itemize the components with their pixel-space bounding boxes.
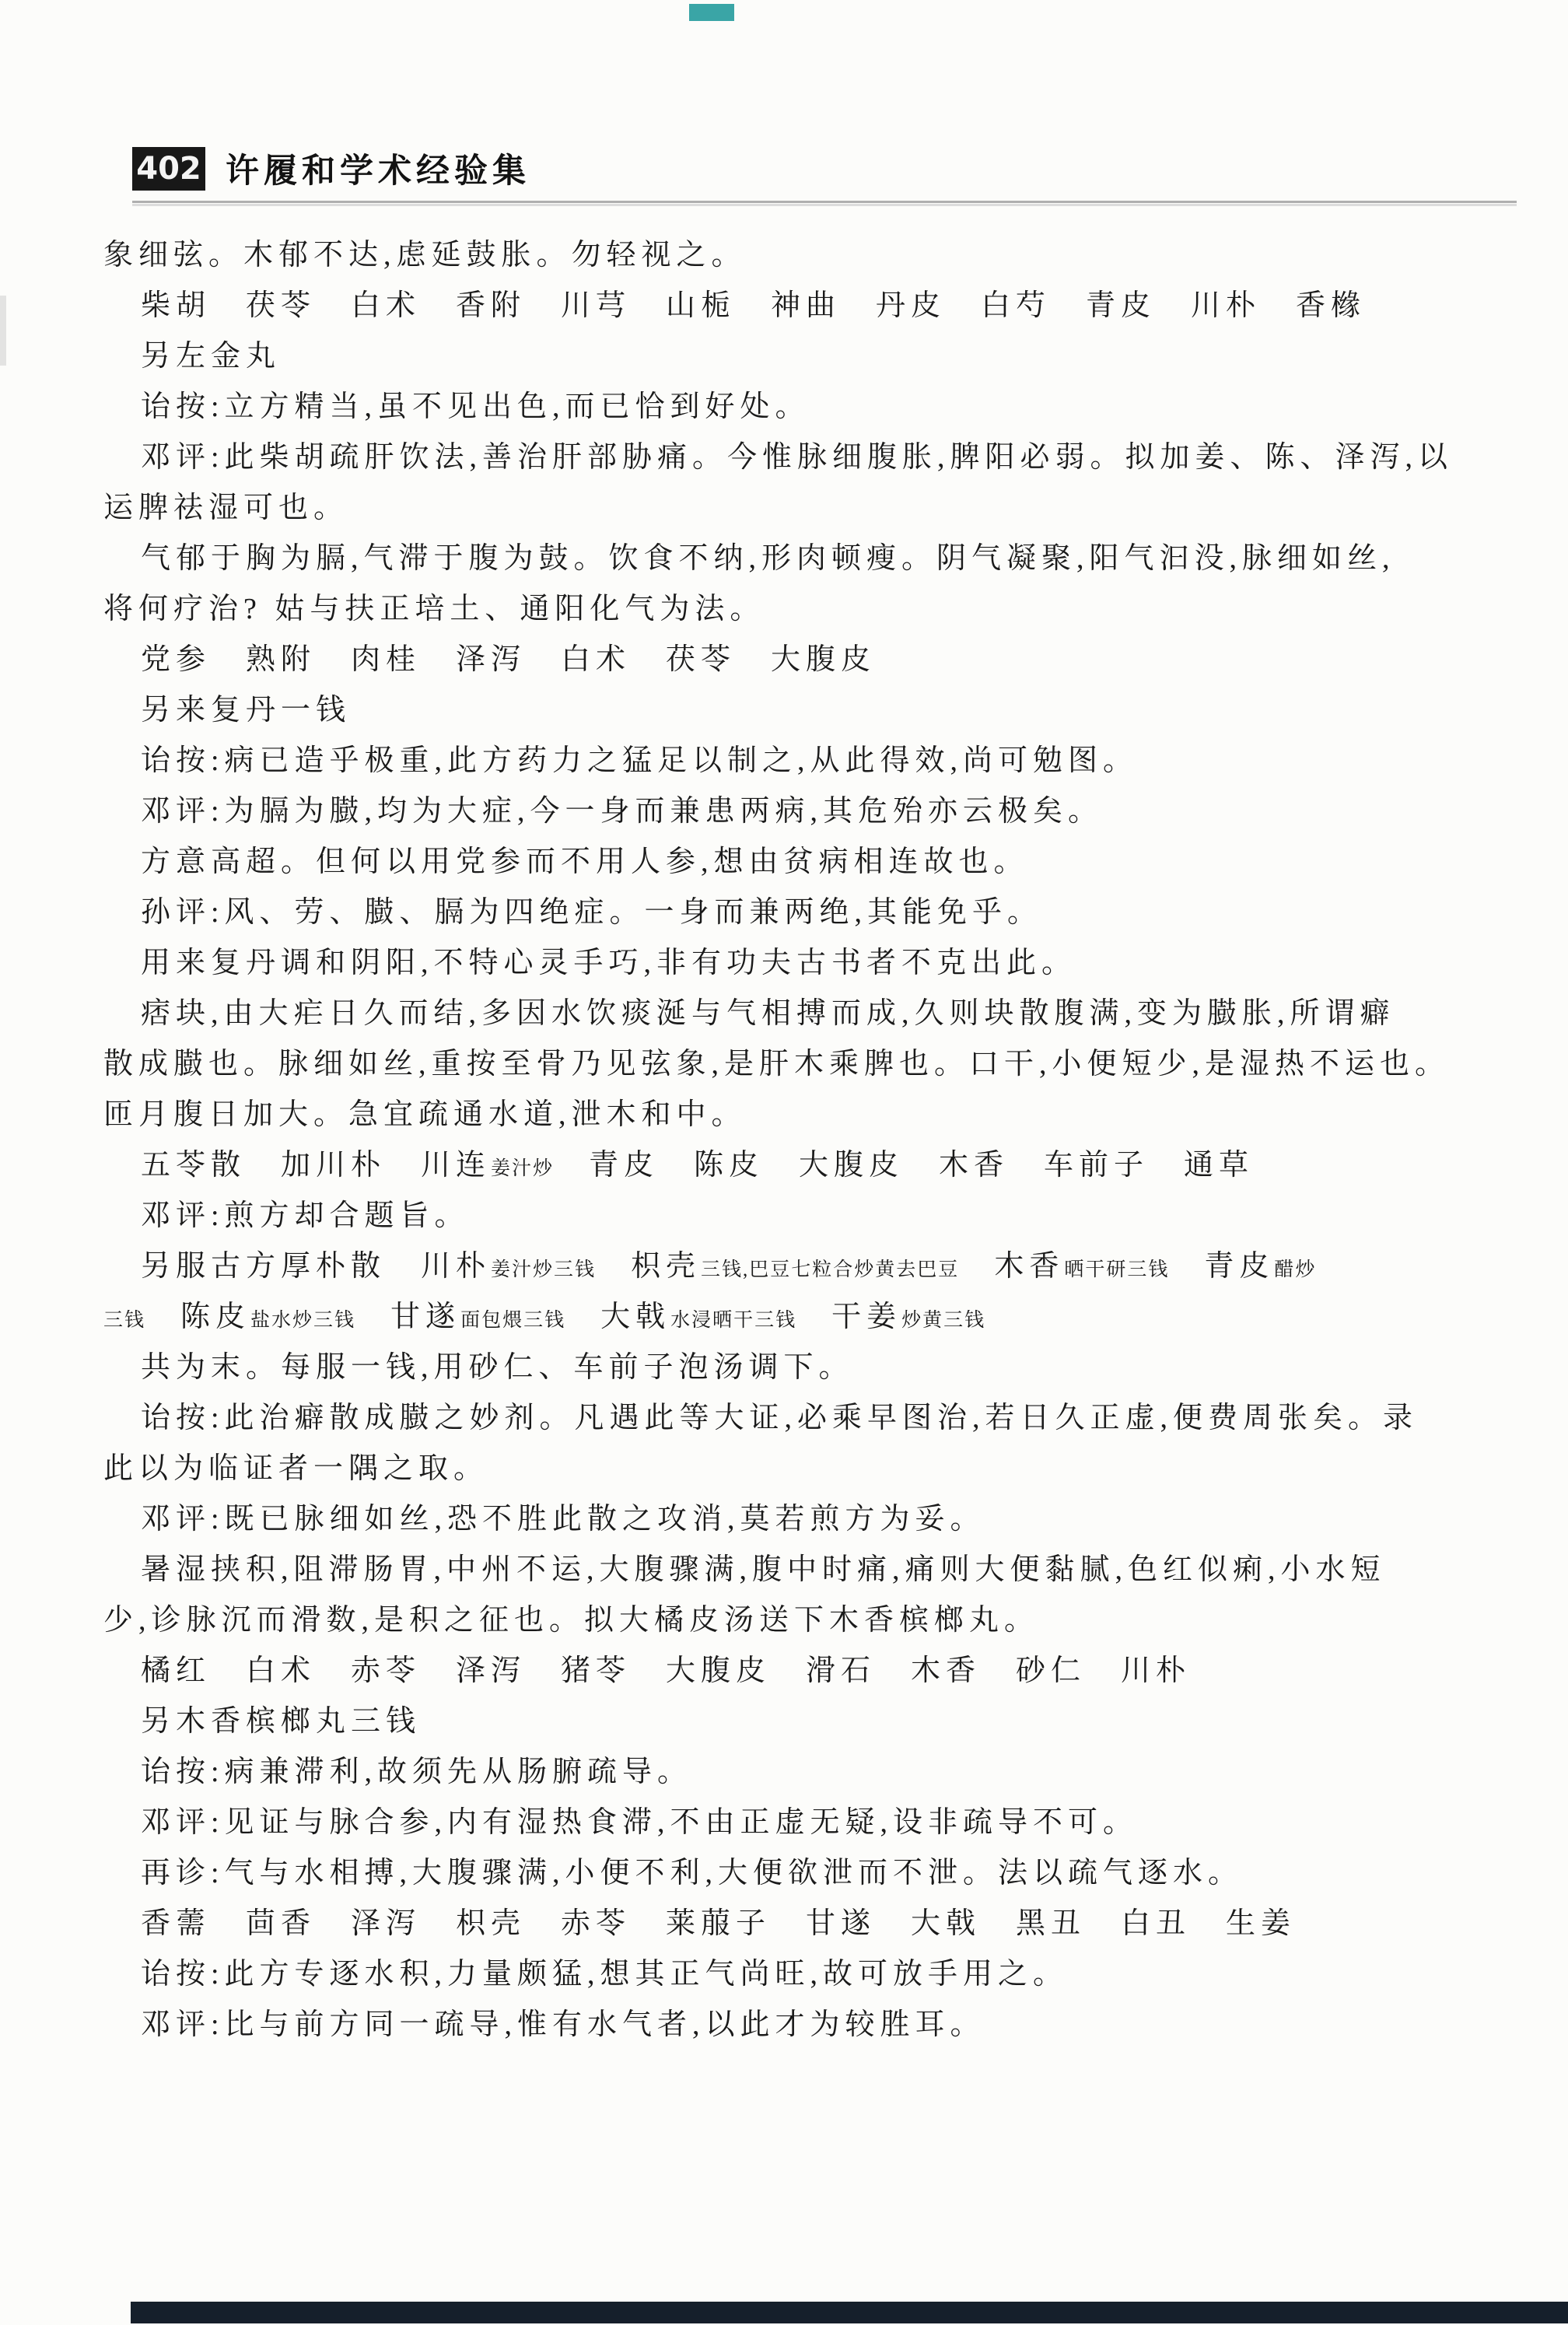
text-segment: 诒按:此治癖散成臌之妙剂。凡遇此等大证,必乘早图治,若日久正虚,便费周张矣。录 [141, 1402, 1418, 1434]
text-line: 少,诊脉沉而滑数,是积之征也。拟大橘皮汤送下木香槟榔丸。 [103, 1595, 1515, 1646]
text-segment: 孙评:风、劳、臌、膈为四绝症。一身而兼两绝,其能免乎。 [141, 896, 1042, 929]
text-segment: 方意高超。但何以用党参而不用人参,想由贫病相连故也。 [141, 846, 1029, 878]
text-line: 另来复丹一钱 [103, 685, 1515, 736]
text-segment: 诒按:病已造乎极重,此方药力之猛足以制之,从此得效,尚可勉图。 [141, 744, 1138, 777]
herb-annotation: 醋炒 [1274, 1259, 1316, 1280]
text-segment: 象细弦。木郁不达,虑延鼓胀。勿轻视之。 [103, 239, 747, 271]
text-line: 用来复丹调和阴阳,不特心灵手巧,非有功夫古书者不克出此。 [103, 938, 1515, 989]
text-segment: 将何疗治? 姑与扶正培土、通阳化气为法。 [103, 593, 765, 625]
page-number-badge: 402 [132, 147, 205, 191]
text-line: 此以为临证者一隅之取。 [103, 1444, 1515, 1494]
herb-annotation: 炒黄三钱 [901, 1310, 985, 1331]
herb-annotation: 盐水炒三钱 [250, 1310, 355, 1331]
text-segment: 诒按:病兼滞利,故须先从肠腑疏导。 [141, 1756, 692, 1788]
text-segment: 党参 熟附 肉桂 泽泻 白术 茯苓 大腹皮 [141, 643, 876, 676]
text-segment: 木香 [959, 1250, 1064, 1283]
text-segment: 干姜 [796, 1301, 901, 1333]
text-segment: 柴胡 茯苓 白术 香附 川芎 山栀 神曲 丹皮 白芍 青皮 川朴 香橼 [141, 289, 1366, 322]
text-segment: 另服古方厚朴散 川朴 [141, 1250, 491, 1283]
text-line: 另左金丸 [103, 331, 1515, 382]
text-line: 气郁于胸为膈,气滞于腹为鼓。饮食不纳,形肉顿瘦。阴气凝聚,阳气汩没,脉细如丝, [103, 534, 1515, 584]
text-line: 橘红 白术 赤苓 泽泻 猪苓 大腹皮 滑石 木香 砂仁 川朴 [103, 1646, 1515, 1696]
page-header: 402 许履和学术经验集 [132, 145, 1512, 192]
text-line: 邓评:比与前方同一疏导,惟有水气者,以此才为较胜耳。 [103, 2000, 1515, 2050]
text-segment: 邓评:见证与脉合参,内有湿热食滞,不由正虚无疑,设非疏导不可。 [141, 1806, 1138, 1839]
herb-annotation: 三钱 [103, 1310, 145, 1331]
text-line: 孙评:风、劳、臌、膈为四绝症。一身而兼两绝,其能免乎。 [103, 888, 1515, 938]
text-segment: 邓评:煎方却合题旨。 [141, 1199, 470, 1232]
text-segment: 陈皮 [145, 1301, 250, 1333]
text-line: 三钱 陈皮盐水炒三钱 甘遂面包煨三钱 大戟水浸晒干三钱 干姜炒黄三钱 [103, 1292, 1515, 1343]
text-line: 另木香槟榔丸三钱 [103, 1696, 1515, 1747]
header-divider [132, 201, 1517, 203]
text-line: 邓评:既已脉细如丝,恐不胜此散之攻消,莫若煎方为妥。 [103, 1494, 1515, 1545]
text-line: 痞块,由大疟日久而结,多因水饮痰涎与气相搏而成,久则块散腹满,变为臌胀,所谓癖 [103, 989, 1515, 1039]
text-segment: 用来复丹调和阴阳,不特心灵手巧,非有功夫古书者不克出此。 [141, 947, 1076, 979]
scan-artifact-teal-mark [689, 4, 734, 21]
text-line: 匝月腹日加大。急宜疏通水道,泄木和中。 [103, 1090, 1515, 1140]
text-line: 将何疗治? 姑与扶正培土、通阳化气为法。 [103, 584, 1515, 635]
text-line: 诒按:立方精当,虽不见出色,而已恰到好处。 [103, 382, 1515, 432]
text-line: 柴胡 茯苓 白术 香附 川芎 山栀 神曲 丹皮 白芍 青皮 川朴 香橼 [103, 281, 1515, 331]
text-line: 邓评:煎方却合题旨。 [103, 1191, 1515, 1241]
text-segment: 青皮 陈皮 大腹皮 木香 车前子 通草 [554, 1149, 1254, 1182]
herb-annotation: 姜汁炒三钱 [491, 1259, 596, 1280]
text-segment: 另木香槟榔丸三钱 [141, 1705, 421, 1738]
body-lines: 象细弦。木郁不达,虑延鼓胀。勿轻视之。柴胡 茯苓 白术 香附 川芎 山栀 神曲 … [103, 230, 1515, 2050]
text-segment: 此以为临证者一隅之取。 [103, 1452, 488, 1485]
text-segment: 再诊:气与水相搏,大腹骤满,小便不利,大便欲泄而不泄。法以疏气逐水。 [141, 1857, 1243, 1889]
text-segment: 邓评:比与前方同一疏导,惟有水气者,以此才为较胜耳。 [141, 2008, 985, 2041]
herb-annotation: 姜汁炒 [491, 1158, 554, 1179]
text-line: 运脾祛湿可也。 [103, 483, 1515, 534]
text-segment: 青皮 [1169, 1250, 1274, 1283]
herb-annotation: 水浸晒干三钱 [670, 1310, 796, 1331]
text-segment: 气郁于胸为膈,气滞于腹为鼓。饮食不纳,形肉顿瘦。阴气凝聚,阳气汩没,脉细如丝, [141, 542, 1395, 575]
text-line: 象细弦。木郁不达,虑延鼓胀。勿轻视之。 [103, 230, 1515, 281]
text-line: 再诊:气与水相搏,大腹骤满,小便不利,大便欲泄而不泄。法以疏气逐水。 [103, 1848, 1515, 1899]
text-line: 方意高超。但何以用党参而不用人参,想由贫病相连故也。 [103, 837, 1515, 888]
scan-artifact-bottom-bar [131, 2302, 1568, 2323]
book-title: 许履和学术经验集 [226, 145, 530, 192]
scan-artifact-left-smudge [0, 296, 6, 366]
text-line: 邓评:此柴胡疏肝饮法,善治肝部胁痛。今惟脉细腹胀,脾阳必弱。拟加姜、陈、泽泻,以 [103, 432, 1515, 483]
herb-annotation: 三钱,巴豆七粒合炒黄去巴豆 [701, 1259, 959, 1280]
text-line: 诒按:此方专逐水积,力量颇猛,想其正气尚旺,故可放手用之。 [103, 1949, 1515, 2000]
text-segment: 运脾祛湿可也。 [103, 492, 348, 524]
text-segment: 枳壳 [596, 1250, 701, 1283]
text-segment: 诒按:此方专逐水积,力量颇猛,想其正气尚旺,故可放手用之。 [141, 1958, 1068, 1991]
text-line: 香薷 茴香 泽泻 枳壳 赤苓 莱菔子 甘遂 大戟 黑丑 白丑 生姜 [103, 1899, 1515, 1949]
herb-annotation: 面包煨三钱 [460, 1310, 565, 1331]
text-line: 诒按:病兼滞利,故须先从肠腑疏导。 [103, 1747, 1515, 1798]
scanned-book-page: { "page": { "header": { "page_number": "… [0, 0, 1568, 2325]
text-line: 诒按:病已造乎极重,此方药力之猛足以制之,从此得效,尚可勉图。 [103, 736, 1515, 786]
text-segment: 暑湿挟积,阻滞肠胃,中州不运,大腹骤满,腹中时痛,痛则大便黏腻,色红似痢,小水短 [141, 1553, 1386, 1586]
text-segment: 另来复丹一钱 [141, 694, 351, 727]
text-line: 邓评:见证与脉合参,内有湿热食滞,不由正虚无疑,设非疏导不可。 [103, 1798, 1515, 1848]
text-segment: 少,诊脉沉而滑数,是积之征也。拟大橘皮汤送下木香槟榔丸。 [103, 1604, 1039, 1637]
text-segment: 另左金丸 [141, 340, 281, 373]
text-segment: 橘红 白术 赤苓 泽泻 猪苓 大腹皮 滑石 木香 砂仁 川朴 [141, 1654, 1191, 1687]
text-segment: 甘遂 [355, 1301, 460, 1333]
text-line: 暑湿挟积,阻滞肠胃,中州不运,大腹骤满,腹中时痛,痛则大便黏腻,色红似痢,小水短 [103, 1545, 1515, 1595]
text-line: 共为末。每服一钱,用砂仁、车前子泡汤调下。 [103, 1343, 1515, 1393]
text-line: 五苓散 加川朴 川连姜汁炒 青皮 陈皮 大腹皮 木香 车前子 通草 [103, 1140, 1515, 1191]
text-line: 散成臌也。脉细如丝,重按至骨乃见弦象,是肝木乘脾也。口干,小便短少,是湿热不运也… [103, 1039, 1515, 1090]
text-segment: 邓评:既已脉细如丝,恐不胜此散之攻消,莫若煎方为妥。 [141, 1503, 985, 1535]
herb-annotation: 晒干研三钱 [1064, 1259, 1169, 1280]
text-segment: 五苓散 加川朴 川连 [141, 1149, 491, 1182]
text-segment: 诒按:立方精当,虽不见出色,而已恰到好处。 [141, 390, 810, 423]
page-number: 402 [136, 151, 201, 187]
text-line: 党参 熟附 肉桂 泽泻 白术 茯苓 大腹皮 [103, 635, 1515, 685]
text-line: 邓评:为膈为臌,均为大症,今一身而兼患两病,其危殆亦云极矣。 [103, 786, 1515, 837]
text-segment: 痞块,由大疟日久而结,多因水饮痰涎与气相搏而成,久则块散腹满,变为臌胀,所谓癖 [141, 997, 1395, 1030]
text-segment: 邓评:为膈为臌,均为大症,今一身而兼患两病,其危殆亦云极矣。 [141, 795, 1103, 828]
text-segment: 散成臌也。脉细如丝,重按至骨乃见弦象,是肝木乘脾也。口干,小便短少,是湿热不运也… [103, 1048, 1450, 1080]
text-segment: 大戟 [565, 1301, 670, 1333]
text-segment: 邓评:此柴胡疏肝饮法,善治肝部胁痛。今惟脉细腹胀,脾阳必弱。拟加姜、陈、泽泻,以 [141, 441, 1453, 474]
text-line: 另服古方厚朴散 川朴姜汁炒三钱 枳壳三钱,巴豆七粒合炒黄去巴豆 木香晒干研三钱 … [103, 1241, 1515, 1292]
text-segment: 匝月腹日加大。急宜疏通水道,泄木和中。 [103, 1098, 747, 1131]
text-line: 诒按:此治癖散成臌之妙剂。凡遇此等大证,必乘早图治,若日久正虚,便费周张矣。录 [103, 1393, 1515, 1444]
text-segment: 香薷 茴香 泽泻 枳壳 赤苓 莱菔子 甘遂 大戟 黑丑 白丑 生姜 [141, 1907, 1296, 1940]
text-segment: 共为末。每服一钱,用砂仁、车前子泡汤调下。 [141, 1351, 854, 1384]
